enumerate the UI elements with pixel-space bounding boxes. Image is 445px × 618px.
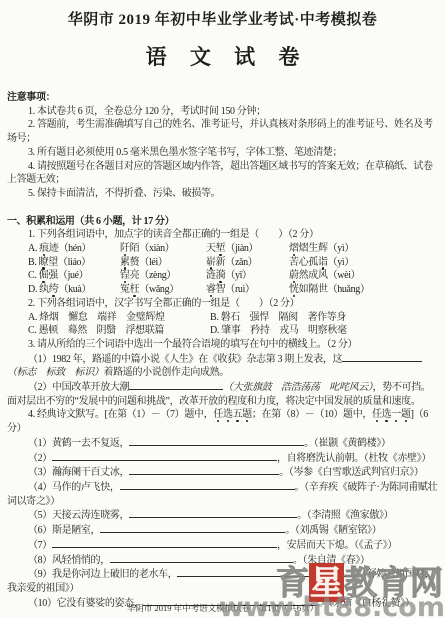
- q2-option-row: A. 烽烟 懈怠 端祥 金璧辉煌 B. 磐石 强悍 隔阂 著作等身: [28, 311, 438, 325]
- fill-blank-line: [129, 436, 304, 446]
- notice-item: 3. 所有题目必须使用 0.5 毫米黑色墨水签字笔书写，字体工整、笔迹清楚；: [7, 146, 438, 160]
- option-cell: C. 愚顿 蓦然 阴翳 浮想联篇: [28, 324, 210, 338]
- fill-blank-line: [129, 465, 279, 475]
- q1-option-row-d: D. 纨绔（kuà） 冤枉（wǎng） 睿智（ruì） 恍如隔世（huǎng）: [28, 283, 438, 297]
- notice-item: 2. 答题前，考生需准确填写自己的姓名、准考证号，并认真核对条形码上的准考证号、…: [7, 118, 438, 145]
- q3-item: （1）1982 年，路遥的中篇小说《人生》在《收获》杂志第 3 期上发表，这（标…: [7, 352, 438, 380]
- option-cell: 锃亮（zèng）: [120, 269, 206, 283]
- option-cell: 苦心孤诣（yì）: [289, 256, 438, 270]
- option-cell: 天堑（jiàn）: [206, 242, 289, 256]
- option-cell: 阡陌（xiàn）: [120, 242, 206, 256]
- option-cell: 崭新（zǎn）: [206, 256, 289, 270]
- fill-blank-line: [120, 480, 295, 490]
- q3-stem: 3. 请从所给的三个词语中选出一个最符合语境的填写在句中的横线上。（2 分）: [7, 338, 438, 352]
- footer-page-info: 华阴市 2019 年中考语文模拟试卷 第1页（共6页）: [0, 602, 445, 614]
- option-cell: 蔚然成风（wèi）: [289, 269, 438, 283]
- fill-blank-line: [110, 553, 293, 563]
- choice-group: （大张旗鼓 浩浩荡荡 叱咤风云）: [223, 382, 372, 393]
- option-cell: A. 痕迹（hén）: [28, 242, 120, 256]
- fill-blank-line: [52, 538, 277, 548]
- notice-block: 注意事项： 1. 本试卷共 6 页，全卷总分 120 分，考试时间 150 分钟…: [7, 91, 438, 201]
- notice-item: 5. 保持卡面清洁，不得折叠、污染、破损等。: [7, 187, 438, 201]
- q4-item: （9）我是你河边上破旧的老水车，。（舒婷《祖国啊，我亲爱的祖国》）: [7, 567, 438, 595]
- q1-stem: 1. 下列各组词语中，加点字的读音全都正确的一组是（ ）（2 分）: [7, 228, 438, 242]
- q4-item: （2），自将磨洗认前朝。（杜牧《赤壁》）: [7, 451, 438, 466]
- option-cell: D. 肇事 矜持 戎马 明察秋毫: [210, 324, 347, 338]
- notice-label: 注意事项：: [7, 91, 438, 105]
- notice-item: 1. 本试卷共 6 页，全卷总分 120 分，考试时间 150 分钟；: [7, 105, 438, 119]
- choice-group: （标志 标致 标识）: [7, 367, 104, 378]
- exam-paper-page: 华阴市 2019 年初中毕业学业考试·中考模拟卷 语 文 试 卷 注意事项： 1…: [0, 0, 445, 618]
- page-content: 华阴市 2019 年初中毕业学业考试·中考模拟卷 语 文 试 卷 注意事项： 1…: [0, 0, 445, 610]
- q4-item: （5）天接云涛连晓雾，。（李清照《渔家傲》）: [7, 508, 438, 523]
- q4-item: （6）斯是陋室，。（刘禹锡《陋室铭》）: [7, 523, 438, 538]
- option-cell: 恍如隔世（huǎng）: [289, 283, 438, 297]
- q4-item: （8）风轻悄悄的，。（朱自清《春》）: [7, 553, 438, 568]
- q1-option-row-a: A. 痕迹（hén） 阡陌（xiàn） 天堑（jiàn） 熠熠生辉（yì）: [28, 242, 438, 256]
- q2-stem: 2. 下列各组词语中，汉字书写全都正确的一组是（ ）（2 分）: [7, 297, 438, 311]
- q2-option-row: C. 愚顿 蓦然 阴翳 浮想联篇 D. 肇事 矜持 戎马 明察秋毫: [28, 324, 438, 338]
- option-cell: B. 磐石 强悍 隔阂 著作等身: [210, 311, 346, 325]
- q4-item: （1）黄鹤一去不复返，。（崔颢《黄鹤楼》）: [7, 436, 438, 451]
- fill-blank-line: [177, 567, 352, 577]
- q3-item: （2）中国改革开放大潮（大张旗鼓 浩浩荡荡 叱咤风云），势不可挡。面对层出不穷的…: [7, 380, 438, 408]
- option-cell: A. 烽烟 懈怠 端祥 金璧辉煌: [28, 311, 210, 325]
- option-cell: 熠熠生辉（yì）: [289, 242, 438, 256]
- notice-item: 4. 请按照题号在各题目对应的答题区域内作答，超出答题区域书写的答案无效；在草稿…: [7, 160, 438, 187]
- q1-option-row-c: C. 倔强（jué） 锃亮（zèng） 涟漪（yī） 蔚然成风（wèi）: [28, 269, 438, 283]
- exam-header-line: 华阴市 2019 年初中毕业学业考试·中考模拟卷: [7, 8, 438, 29]
- option-cell: 冤枉（wǎng）: [120, 283, 206, 297]
- option-cell: 睿智（ruì）: [206, 283, 289, 297]
- fill-blank-line: [100, 523, 285, 533]
- q4-item: （7），安居而天下熄。（《孟子》）: [7, 538, 438, 553]
- q4-stem: 4. 经典诗文默写。[在第（1）－（7）题中，任选五题；在第（8）－（10）题中…: [7, 408, 438, 435]
- section-heading: 一、积累和运用（共 6 小题，计 17 分）: [7, 215, 438, 229]
- option-cell: 累赘（léi）: [120, 256, 206, 270]
- option-cell: 涟漪（yī）: [206, 269, 289, 283]
- exam-title: 语 文 试 卷: [7, 41, 438, 71]
- q4-item: （4）马作的卢飞快，。（辛弃疾《破阵子·为陈同甫赋壮词以寄之》）: [7, 480, 438, 508]
- option-cell: B. 瞭望（liáo）: [28, 256, 120, 270]
- fill-blank-line: [52, 451, 277, 461]
- q1-option-row-b: B. 瞭望（liáo） 累赘（léi） 崭新（zǎn） 苦心孤诣（yì）: [28, 256, 438, 270]
- option-cell: D. 纨绔（kuà）: [28, 283, 120, 297]
- fill-blank-line: [129, 508, 297, 518]
- fill-blank-line: [129, 380, 223, 390]
- fill-blank-line: [342, 352, 422, 362]
- option-cell: C. 倔强（jué）: [28, 269, 120, 283]
- q4-item: （3）瀚海阑干百丈冰，。（岑参《白雪歌送武判官归京》）: [7, 465, 438, 480]
